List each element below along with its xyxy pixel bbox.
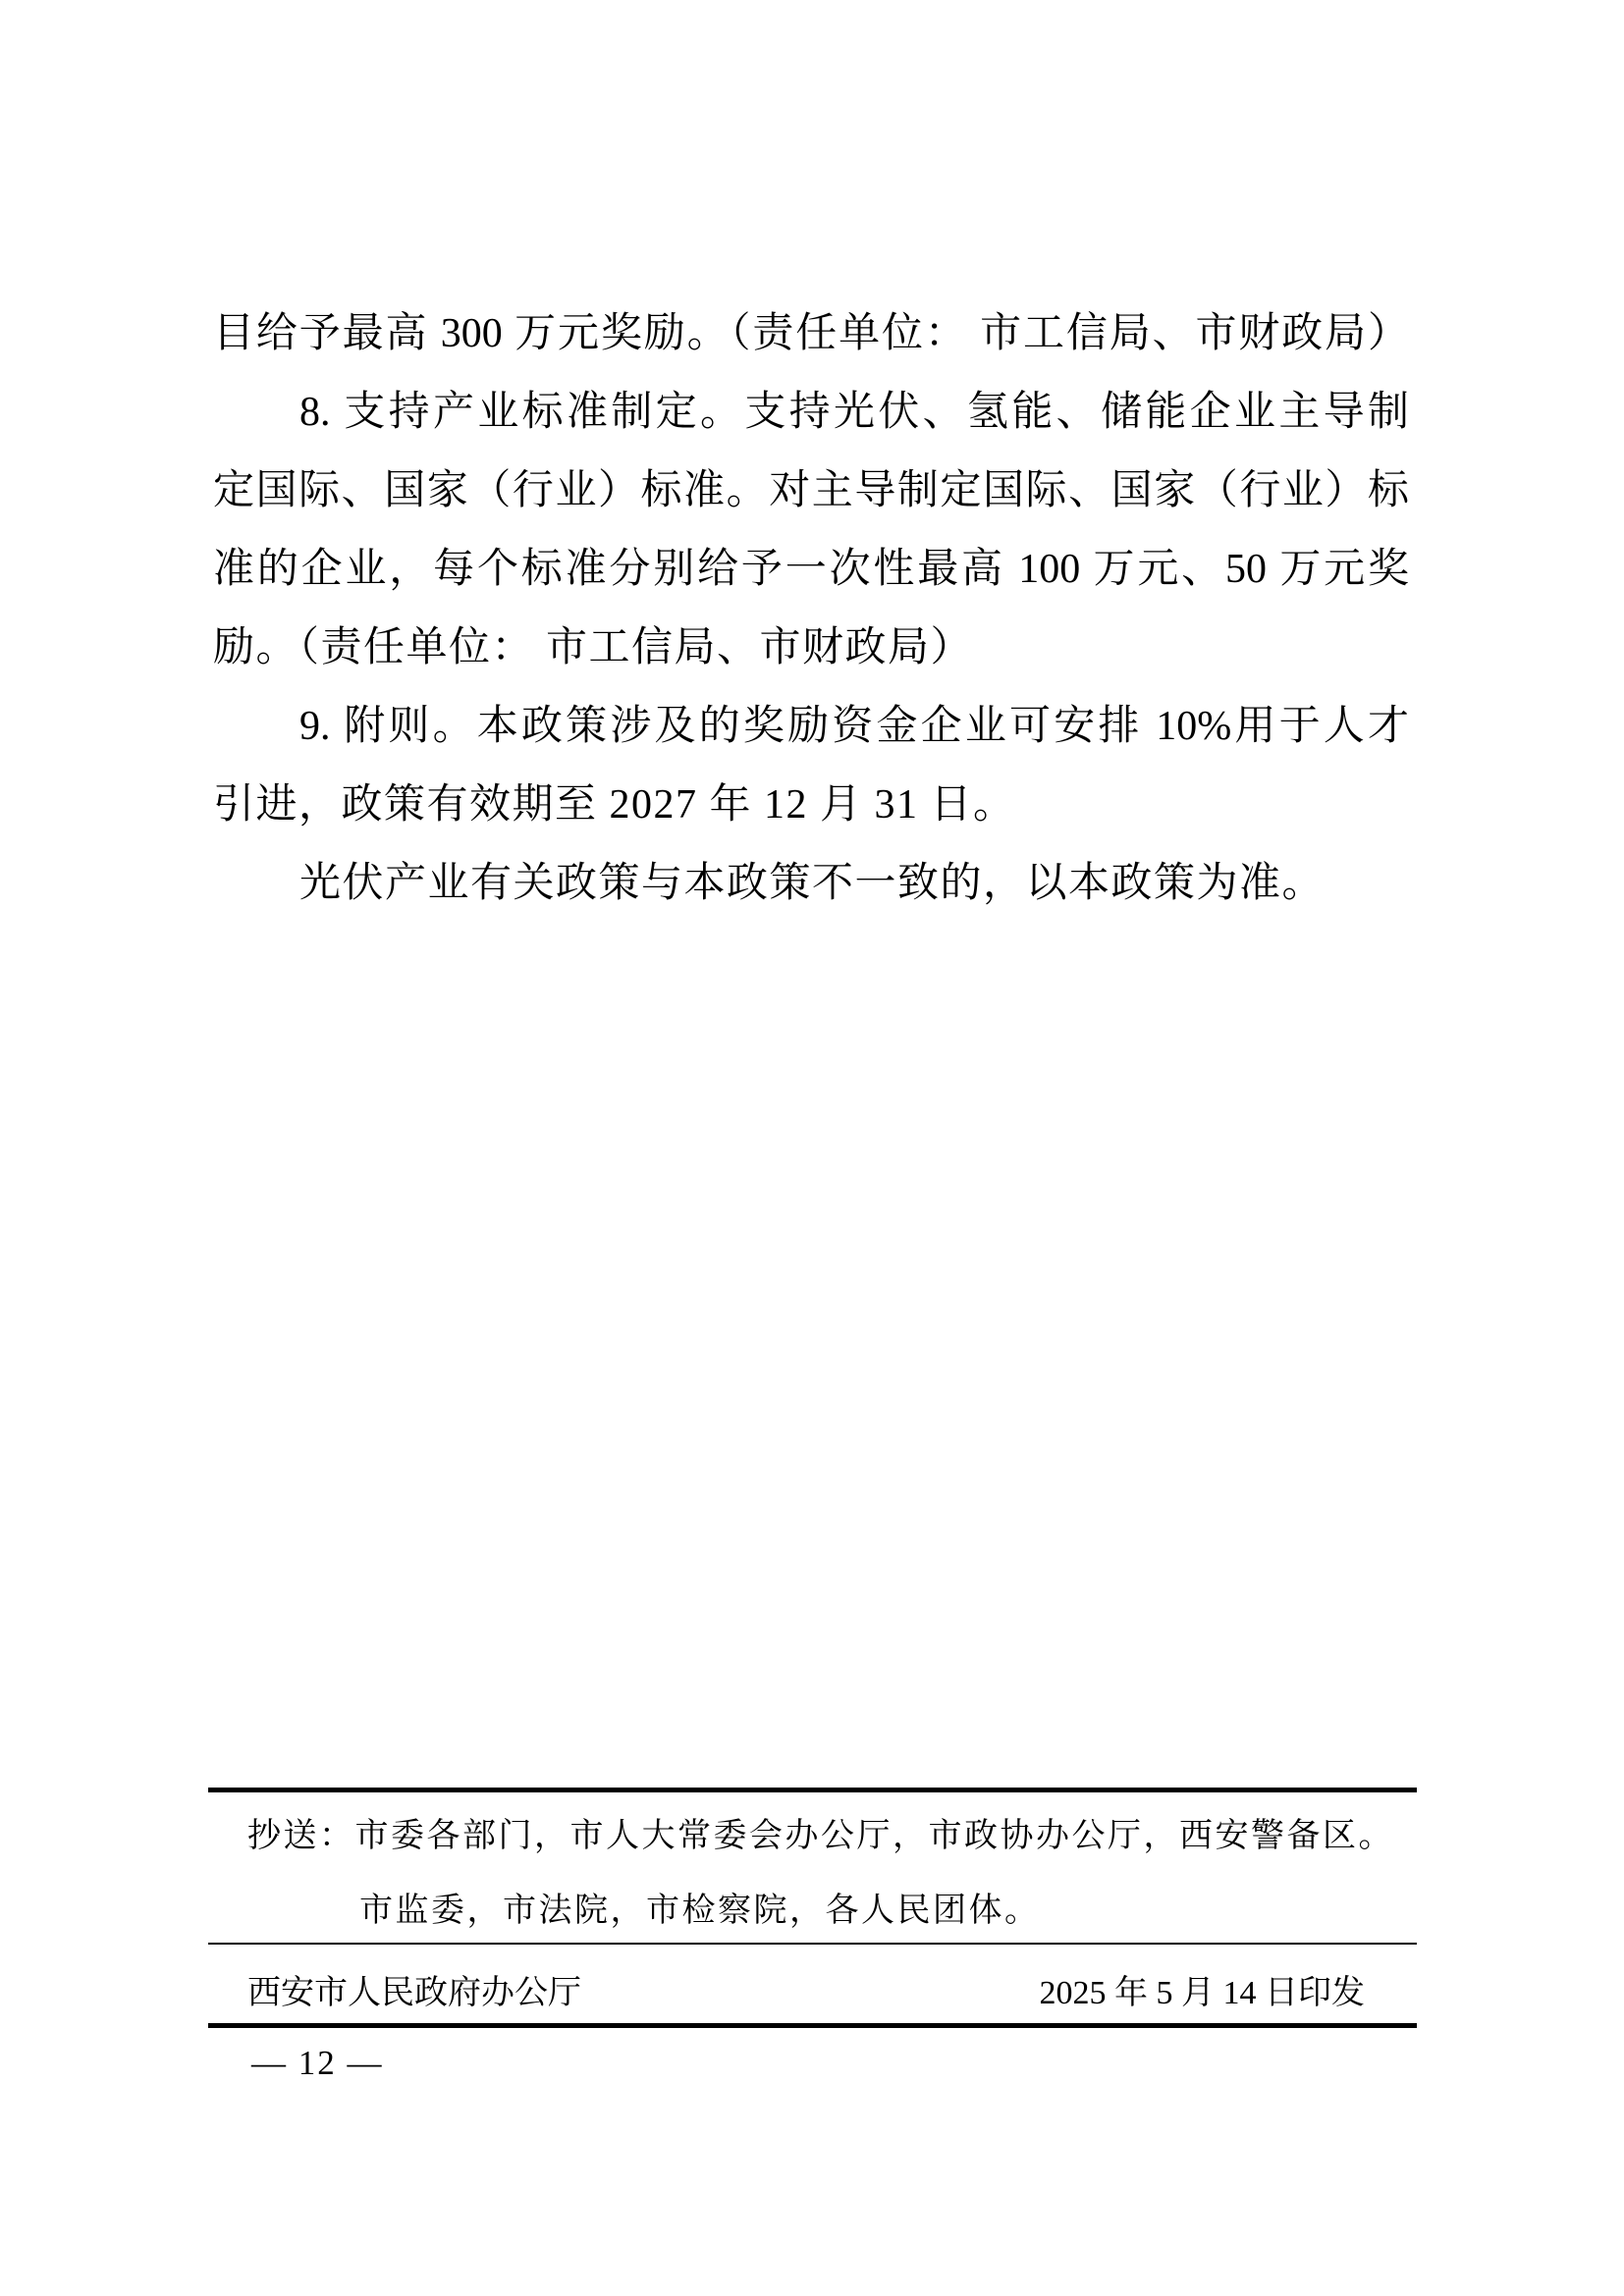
body-line: 9. 附则。本政策涉及的奖励资金企业可安排 10%用于人才: [213, 687, 1409, 766]
issue-row: 西安市人民政府办公厅 2025 年 5 月 14 日印发: [247, 1965, 1365, 2013]
body-line: 准的企业，每个标准分别给予一次性最高 100 万元、50 万元奖: [213, 530, 1409, 609]
body-line: 8. 支持产业标准制定。支持光伏、氢能、储能企业主导制: [213, 373, 1409, 452]
print-date: 2025 年 5 月 14 日印发: [1040, 1965, 1366, 2013]
page-number: — 12 —: [251, 2044, 384, 2083]
issuing-office: 西安市人民政府办公厅: [247, 1965, 581, 2013]
body-line: 励。（责任单位： 市工信局、市财政局）: [213, 609, 1409, 687]
copy-to-line-1: 抄送：市委各部门，市人大常委会办公厅，市政协办公厅，西安警备区。: [247, 1808, 1394, 1856]
document-page: 目给予最高 300 万元奖励。（责任单位： 市工信局、市财政局） 8. 支持产业…: [0, 0, 1624, 2296]
body-line: 引进，政策有效期至 2027 年 12 月 31 日。: [213, 766, 1409, 844]
document-body: 目给予最高 300 万元奖励。（责任单位： 市工信局、市财政局） 8. 支持产业…: [213, 294, 1409, 923]
footer-rule-middle: [208, 1943, 1417, 1945]
body-line: 光伏产业有关政策与本政策不一致的，以本政策为准。: [213, 844, 1409, 923]
footer-rule-bottom: [208, 2023, 1417, 2028]
body-line: 定国际、国家（行业）标准。对主导制定国际、国家（行业）标: [213, 452, 1409, 530]
footer-rule-top: [208, 1788, 1417, 1792]
body-line: 目给予最高 300 万元奖励。（责任单位： 市工信局、市财政局）: [213, 294, 1409, 373]
copy-to-line-2: 市监委，市法院，市检察院，各人民团体。: [359, 1883, 1041, 1931]
